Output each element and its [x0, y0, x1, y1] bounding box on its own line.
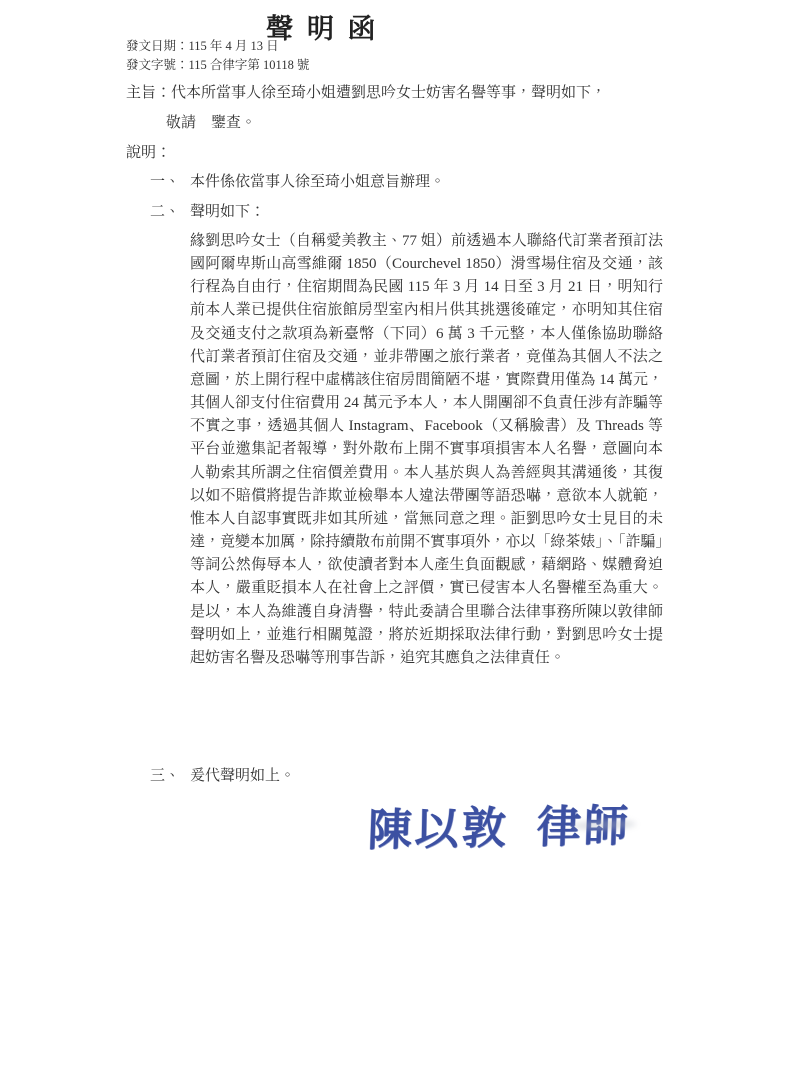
item-number: 三、 — [150, 764, 190, 785]
subject-block: 主旨：代本所當事人徐至琦小姐遭劉思吟女士妨害名譽等事，聲明如下， 敬請 鑒查。 — [126, 79, 671, 137]
statement-letter-page: 聲明函 發文日期：115 年 4 月 13 日 發文字號：115 合律字第 10… — [0, 0, 800, 1067]
item-number: 二、 — [150, 200, 190, 221]
subject-line: 主旨：代本所當事人徐至琦小姐遭劉思吟女士妨害名譽等事，聲明如下， — [126, 79, 671, 107]
statement-item-3: 三、 爰代聲明如上。 — [150, 764, 295, 785]
item-text: 本件係依當事人徐至琦小姐意旨辦理。 — [190, 170, 445, 191]
item-number: 一、 — [150, 170, 190, 191]
reference-number-line: 發文字號：115 合律字第 10118 號 — [126, 56, 309, 75]
explanation-label: 說明： — [126, 141, 171, 162]
statement-item-1: 一、 本件係依當事人徐至琦小姐意旨辦理。 — [150, 170, 445, 191]
issue-date-line: 發文日期：115 年 4 月 13 日 — [126, 37, 309, 56]
subject-label: 主旨： — [126, 85, 171, 101]
statement-paragraph: 緣劉思吟女士（自稱愛美教主、77 姐）前透過本人聯絡代訂業者預訂法國阿爾卑斯山高… — [190, 230, 663, 670]
subject-closing: 敬請 鑒查。 — [126, 109, 671, 137]
subject-body: 代本所當事人徐至琦小姐遭劉思吟女士妨害名譽等事，聲明如下， — [171, 85, 606, 101]
item-text: 聲明如下： — [190, 200, 265, 221]
item-text: 爰代聲明如上。 — [190, 764, 295, 785]
document-meta: 發文日期：115 年 4 月 13 日 發文字號：115 合律字第 10118 … — [126, 37, 309, 74]
statement-item-2: 二、 聲明如下： — [150, 200, 265, 221]
